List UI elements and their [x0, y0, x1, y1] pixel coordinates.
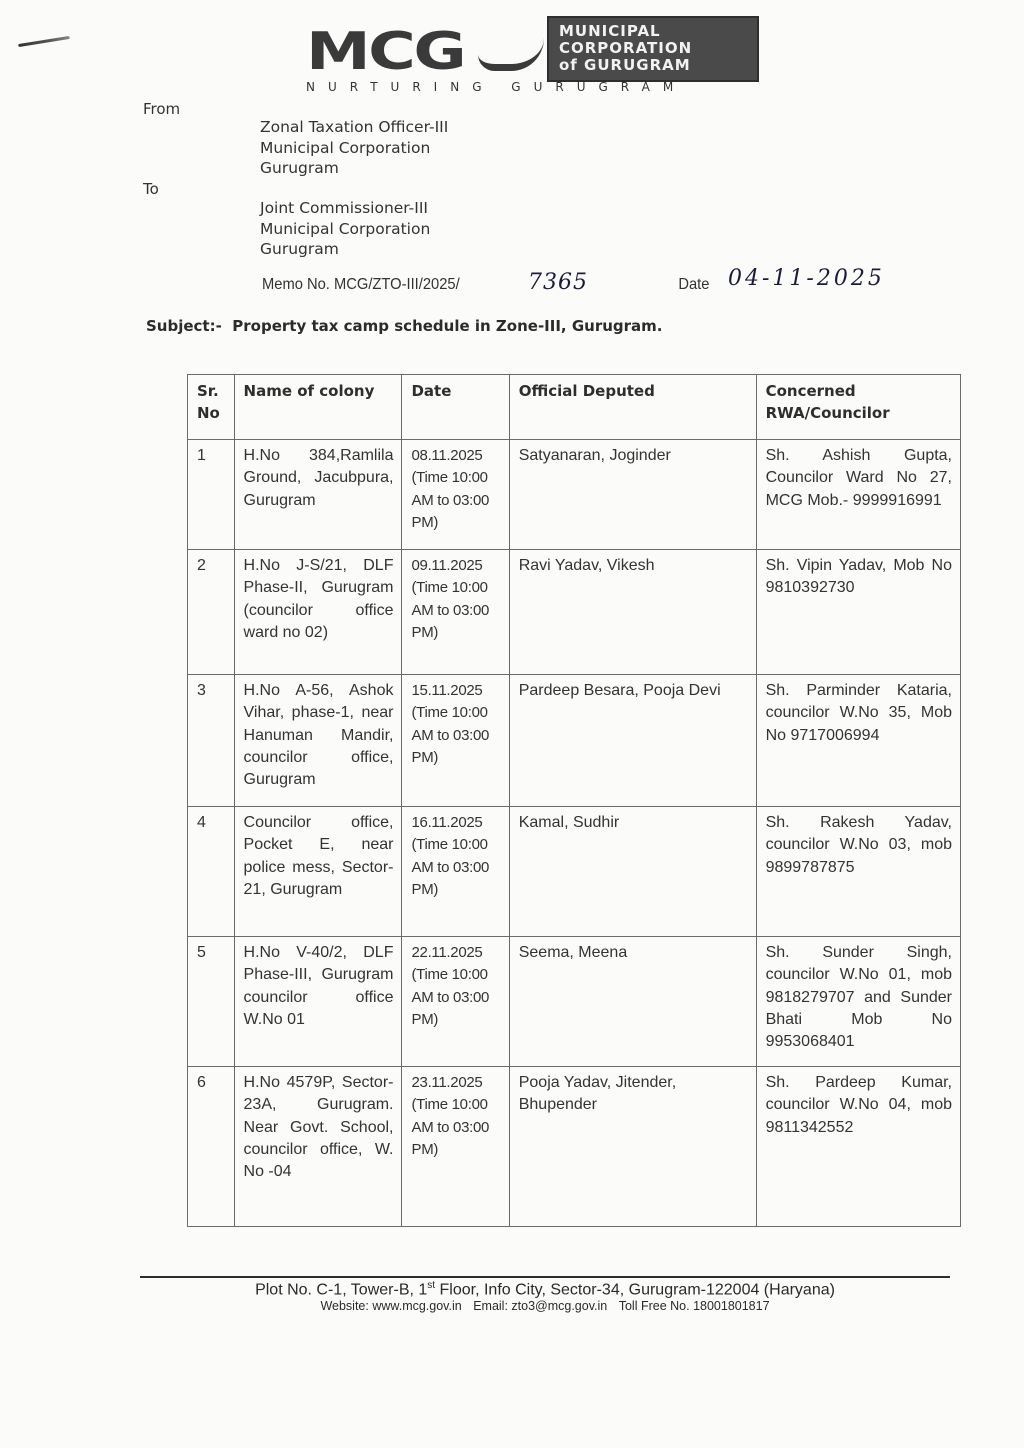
date-cell: 16.11.2025 (Time 10:00 AM to 03:00 PM): [402, 807, 509, 937]
rwa-cell: Sh. Parminder Kataria, councilor W.No 35…: [756, 675, 960, 807]
footer-divider: [140, 1276, 950, 1278]
footer-address: Plot No. C-1, Tower-B, 1st Floor, Info C…: [0, 1280, 1024, 1299]
sr-no-cell: 3: [188, 675, 235, 807]
logo-org-name: MUNICIPAL CORPORATION of GURUGRAM: [547, 16, 759, 82]
colony-cell: H.No 384,Ramlila Ground, Jacubpura, Guru…: [234, 440, 402, 550]
pen-mark: [18, 36, 70, 47]
officials-cell: Kamal, Sudhir: [509, 807, 756, 937]
rwa-cell: Sh. Vipin Yadav, Mob No 9810392730: [756, 550, 960, 675]
table-header-row: Sr. No Name of colony Date Official Depu…: [188, 375, 961, 440]
footer-email: Email: zto3@mcg.gov.in: [473, 1299, 607, 1313]
memo-handwritten-date: 04-11-2025: [728, 266, 885, 291]
footer-contact: Website: www.mcg.gov.in Email: zto3@mcg.…: [0, 1299, 1024, 1313]
logo-tagline: NURTURING GURUGRAM: [306, 80, 686, 94]
camp-schedule-table: Sr. No Name of colony Date Official Depu…: [187, 374, 961, 1227]
to-label: To: [143, 180, 159, 198]
from-label: From: [143, 100, 180, 118]
officials-cell: Ravi Yadav, Vikesh: [509, 550, 756, 675]
date-cell: 22.11.2025 (Time 10:00 AM to 03:00 PM): [402, 937, 509, 1067]
logo-mcg-text: MCG: [306, 24, 464, 80]
sr-no-cell: 5: [188, 937, 235, 1067]
table-row: 1H.No 384,Ramlila Ground, Jacubpura, Gur…: [188, 440, 961, 550]
rwa-cell: Sh. Sunder Singh, councilor W.No 01, mob…: [756, 937, 960, 1067]
rwa-cell: Sh. Ashish Gupta, Councilor Ward No 27, …: [756, 440, 960, 550]
table-row: 2H.No J-S/21, DLF Phase-II, Gurugram (co…: [188, 550, 961, 675]
date-cell: 09.11.2025 (Time 10:00 AM to 03:00 PM): [402, 550, 509, 675]
officials-cell: Pooja Yadav, Jitender, Bhupender: [509, 1067, 756, 1227]
colony-cell: Councilor office, Pocket E, near police …: [234, 807, 402, 937]
colony-cell: H.No A-56, Ashok Vihar, phase-1, near Ha…: [234, 675, 402, 807]
officials-cell: Pardeep Besara, Pooja Devi: [509, 675, 756, 807]
table-row: 4Councilor office, Pocket E, near police…: [188, 807, 961, 937]
sr-no-cell: 6: [188, 1067, 235, 1227]
footer-website: Website: www.mcg.gov.in: [320, 1299, 461, 1313]
footer-toll-free: Toll Free No. 18001801817: [619, 1299, 770, 1313]
header-colony: Name of colony: [234, 375, 402, 440]
to-address: Joint Commissioner-III Municipal Corpora…: [260, 198, 430, 260]
sr-no-cell: 1: [188, 440, 235, 550]
sr-no-cell: 2: [188, 550, 235, 675]
colony-cell: H.No V-40/2, DLF Phase-III, Gurugram cou…: [234, 937, 402, 1067]
memo-handwritten-number: 7365: [528, 270, 588, 295]
memo-date: Date: [677, 268, 711, 286]
header-date: Date: [402, 375, 509, 440]
memo-number: Memo No. MCG/ZTO-III/2025/: [262, 276, 460, 294]
officials-cell: Satyanaran, Joginder: [509, 440, 756, 550]
mcg-logo: MCG MUNICIPAL CORPORATION of GURUGRAM NU…: [300, 14, 770, 100]
logo-swirl-icon: [478, 38, 544, 71]
header-official: Official Deputed: [509, 375, 756, 440]
table-row: 5H.No V-40/2, DLF Phase-III, Gurugram co…: [188, 937, 961, 1067]
from-address: Zonal Taxation Officer-III Municipal Cor…: [260, 117, 448, 179]
sr-no-cell: 4: [188, 807, 235, 937]
colony-cell: H.No J-S/21, DLF Phase-II, Gurugram (cou…: [234, 550, 402, 675]
colony-cell: H.No 4579P, Sector-23A, Gurugram. Near G…: [234, 1067, 402, 1227]
rwa-cell: Sh. Pardeep Kumar, councilor W.No 04, mo…: [756, 1067, 960, 1227]
date-cell: 23.11.2025 (Time 10:00 AM to 03:00 PM): [402, 1067, 509, 1227]
table-row: 3H.No A-56, Ashok Vihar, phase-1, near H…: [188, 675, 961, 807]
date-cell: 08.11.2025 (Time 10:00 AM to 03:00 PM): [402, 440, 509, 550]
subject-line: Subject:- Property tax camp schedule in …: [146, 317, 663, 335]
header-rwa: Concerned RWA/Councilor: [756, 375, 960, 440]
officials-cell: Seema, Meena: [509, 937, 756, 1067]
table-row: 6H.No 4579P, Sector-23A, Gurugram. Near …: [188, 1067, 961, 1227]
rwa-cell: Sh. Rakesh Yadav, councilor W.No 03, mob…: [756, 807, 960, 937]
date-cell: 15.11.2025 (Time 10:00 AM to 03:00 PM): [402, 675, 509, 807]
header-sr-no: Sr. No: [188, 375, 235, 440]
